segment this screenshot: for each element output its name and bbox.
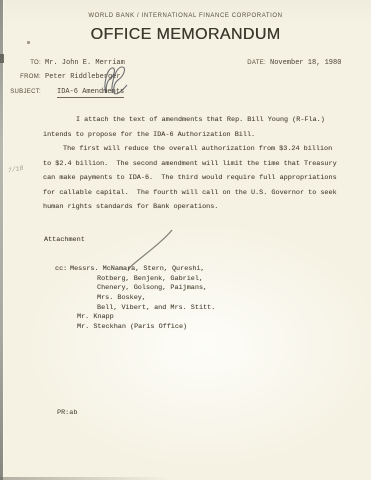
body-line: to $2.4 billion. The second amendment wi… — [43, 157, 345, 172]
handwritten-margin-note: 7/18 — [8, 165, 25, 175]
cc-recipients: Chenery, Golsong, Paijmans, — [55, 284, 215, 294]
cc-recipients: Bell, Vibert, and Mrs. Stitt. — [55, 304, 215, 314]
to-label: TO: — [0, 60, 41, 66]
attachment-note: Attachment — [44, 236, 85, 244]
cc-label: cc: — [55, 265, 70, 275]
date-label: DATE: — [225, 60, 266, 66]
cc-recipients: Mr. Knapp — [55, 313, 215, 323]
typist-reference: PR:ab — [57, 409, 77, 417]
handwritten-initials-icon — [100, 63, 138, 99]
cc-recipients: Mr. Steckhan (Paris Office) — [55, 323, 215, 333]
scan-edge-highlight — [3, 0, 4, 480]
memo-title: OFFICE MEMORANDUM — [0, 26, 371, 44]
cc-block: cc: Messrs. McNamara, Stern, Qureshi, Ro… — [55, 265, 215, 333]
date-value: November 18, 1980 — [270, 59, 341, 67]
cc-recipients: Rotberg, Benjenk, Gabriel, — [55, 275, 215, 285]
cc-first-line: cc: Messrs. McNamara, Stern, Qureshi, — [55, 265, 215, 275]
body-line: for callable capital. The fourth will ca… — [43, 186, 345, 201]
body-line: can make payments to IDA-6. The third wo… — [43, 171, 345, 186]
body-line: intends to propose for the IDA-6 Authori… — [43, 128, 345, 143]
cc-recipients: Mrs. Boskey, — [55, 294, 215, 304]
cc-recipients: Messrs. McNamara, Stern, Qureshi, — [70, 265, 205, 275]
from-label: FROM: — [0, 74, 41, 80]
body-line: human rights standards for Bank operatio… — [43, 200, 345, 215]
memo-body: I attach the text of amendments that Rep… — [43, 113, 345, 215]
body-line: The first will reduce the overall author… — [43, 142, 345, 157]
letterhead-org-line: WORLD BANK / INTERNATIONAL FINANCE CORPO… — [0, 13, 371, 19]
subject-label: SUBJECT: — [0, 89, 41, 95]
body-line: I attach the text of amendments that Rep… — [43, 113, 345, 128]
memo-page: WORLD BANK / INTERNATIONAL FINANCE CORPO… — [0, 0, 371, 480]
